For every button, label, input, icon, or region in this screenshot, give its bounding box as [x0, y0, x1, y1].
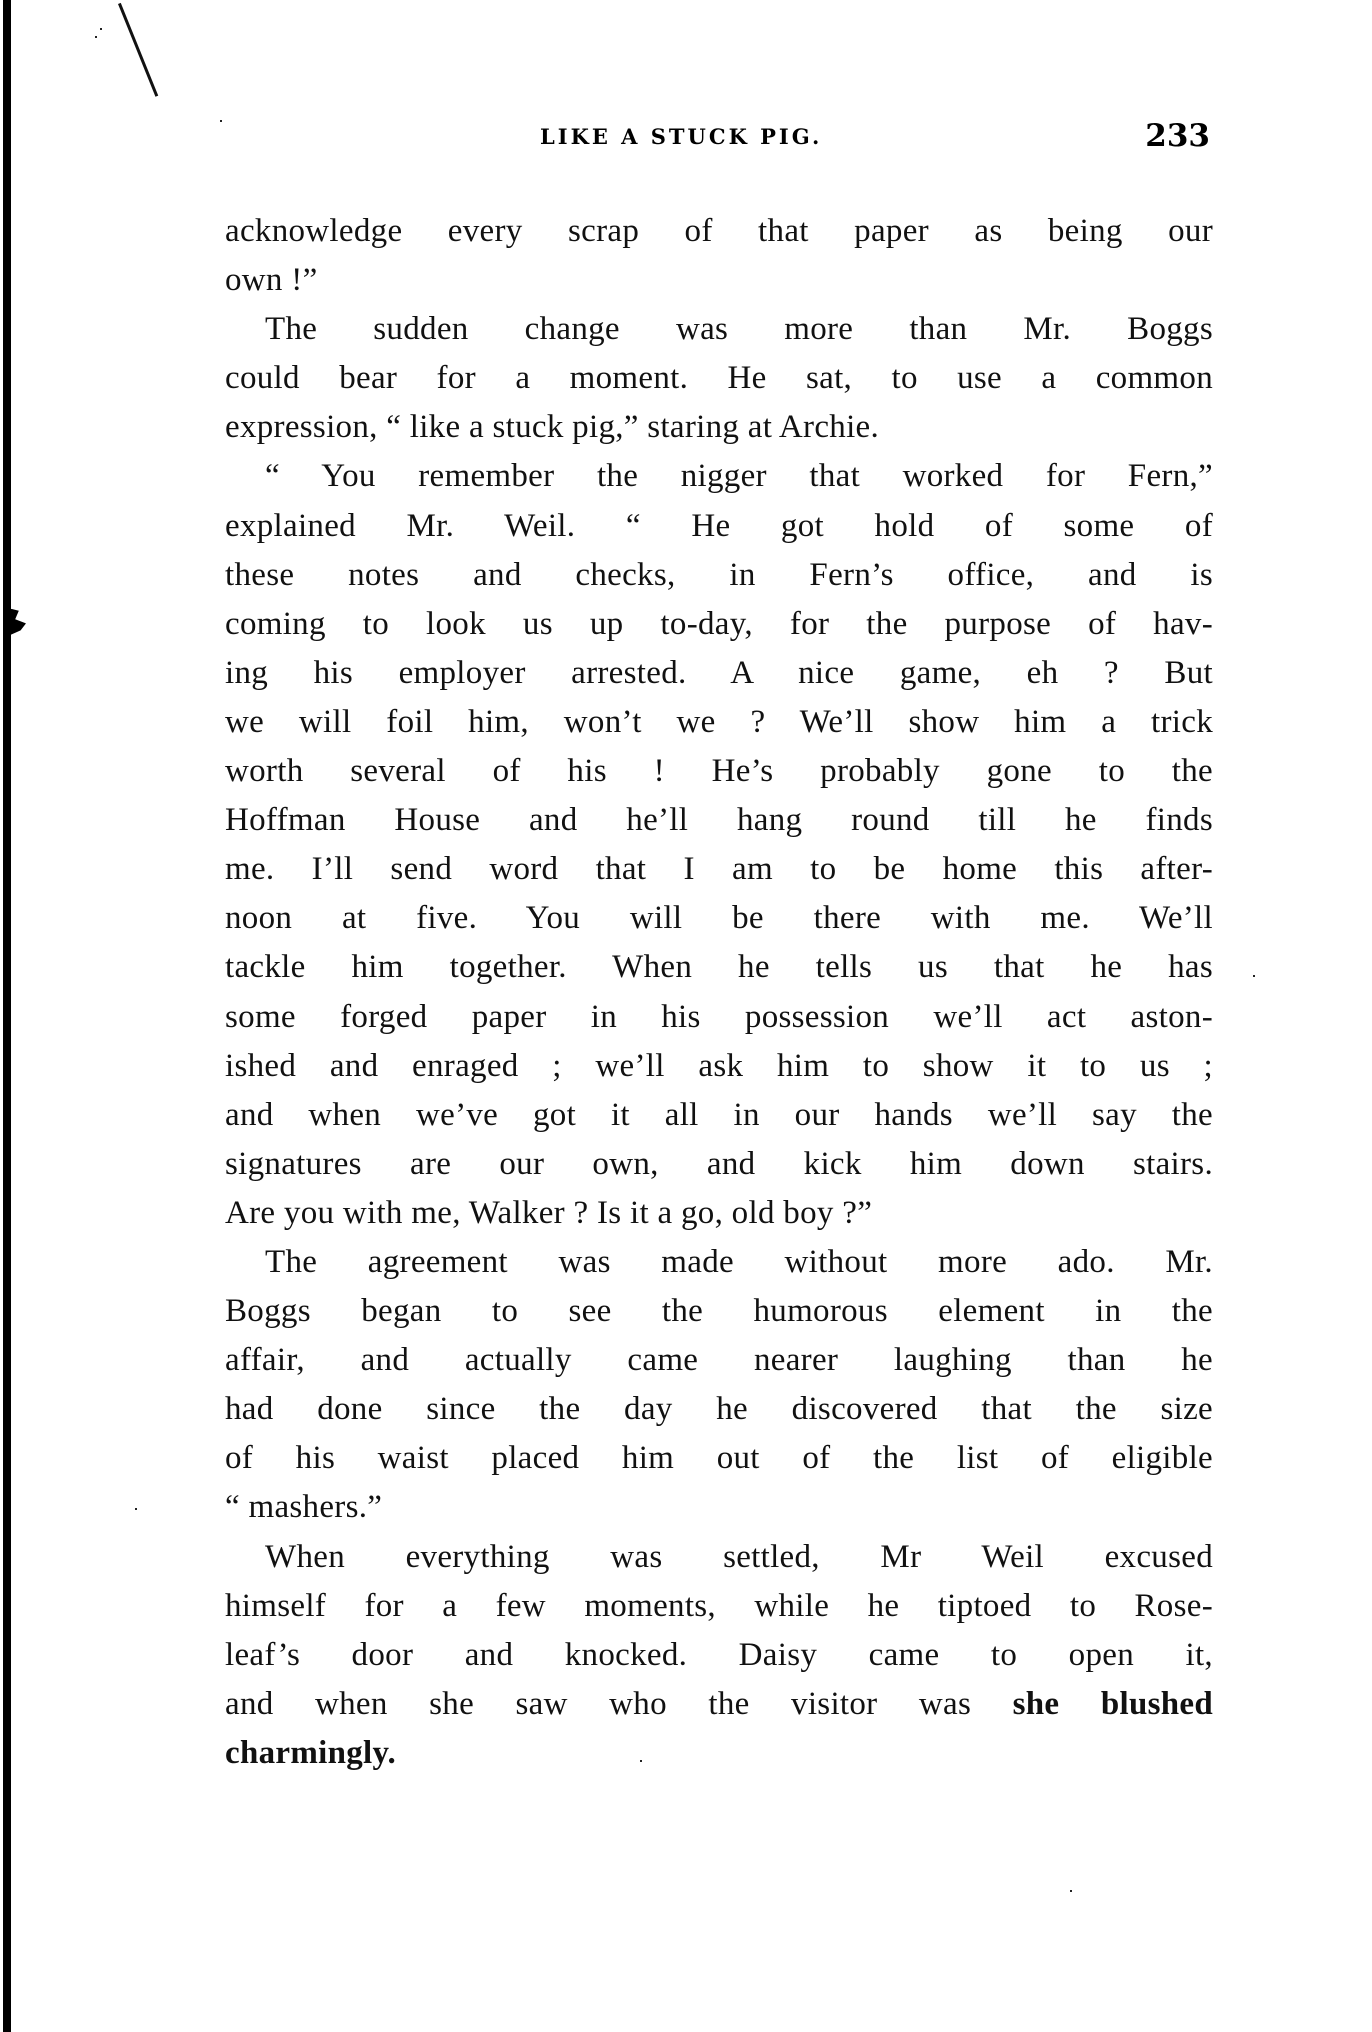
text-line: expression, “ like a stuck pig,” staring… [225, 403, 1213, 452]
text-line: had done since the day he discovered tha… [225, 1385, 1213, 1434]
text-line: some forged paper in his possession we’l… [225, 993, 1213, 1042]
text-line: we will foil him, won’t we ? We’ll show … [225, 698, 1213, 747]
paragraph-start-line: The sudden change was more than Mr. Bogg… [225, 305, 1213, 354]
scan-speck [95, 36, 97, 38]
paragraph-start-line: “ You remember the nigger that worked fo… [225, 452, 1213, 501]
text-line: noon at five. You will be there with me.… [225, 894, 1213, 943]
text-line: me. I’ll send word that I am to be home … [225, 845, 1213, 894]
text-line: leaf’s door and knocked. Daisy came to o… [225, 1631, 1213, 1680]
text-line: himself for a few moments, while he tipt… [225, 1582, 1213, 1631]
text-segment: and when she saw who the visitor was [225, 1686, 971, 1722]
text-line: worth several of his ! He’s probably gon… [225, 747, 1213, 796]
text-line: affair, and actually came nearer laughin… [225, 1336, 1213, 1385]
scan-speck [220, 120, 222, 122]
running-head: LIKE A STUCK PIG. 233 [225, 118, 1210, 158]
text-line: and when she saw who the visitor was she… [225, 1680, 1213, 1729]
text-line: these notes and checks, in Fern’s office… [225, 551, 1213, 600]
text-line: charmingly. [225, 1729, 1213, 1778]
text-line: ished and enraged ; we’ll ask him to sho… [225, 1042, 1213, 1091]
text-line: explained Mr. Weil. “ He got hold of som… [225, 502, 1213, 551]
text-line: acknowledge every scrap of that paper as… [225, 207, 1213, 256]
scan-speck [1253, 975, 1255, 977]
text-line: Hoffman House and he’ll hang round till … [225, 796, 1213, 845]
text-line: own !” [225, 256, 1213, 305]
paragraph-start-line: The agreement was made without more ado.… [225, 1238, 1213, 1287]
scan-speck [1070, 1890, 1072, 1892]
page-number: 233 [1145, 118, 1210, 154]
bold-text-segment: she blushed [1013, 1686, 1213, 1722]
scan-binding-edge [3, 0, 11, 2032]
scan-speck [100, 28, 102, 30]
text-line: “ mashers.” [225, 1483, 1213, 1532]
text-line: ing his employer arrested. A nice game, … [225, 649, 1213, 698]
paragraph-start-line: When everything was settled, Mr Weil exc… [225, 1533, 1213, 1582]
scan-stray-mark [118, 3, 158, 97]
running-title: LIKE A STUCK PIG. [540, 124, 822, 149]
scan-smudge [8, 608, 26, 636]
scan-speck [135, 1508, 137, 1510]
text-line: tackle him together. When he tells us th… [225, 943, 1213, 992]
text-line: coming to look us up to-day, for the pur… [225, 600, 1213, 649]
text-line: signatures are our own, and kick him dow… [225, 1140, 1213, 1189]
text-line: and when we’ve got it all in our hands w… [225, 1091, 1213, 1140]
text-line: Are you with me, Walker ? Is it a go, ol… [225, 1189, 1213, 1238]
text-line: of his waist placed him out of the list … [225, 1434, 1213, 1483]
text-line: could bear for a moment. He sat, to use … [225, 354, 1213, 403]
text-line: Boggs began to see the humorous element … [225, 1287, 1213, 1336]
page-body: acknowledge every scrap of that paper as… [225, 207, 1213, 1778]
